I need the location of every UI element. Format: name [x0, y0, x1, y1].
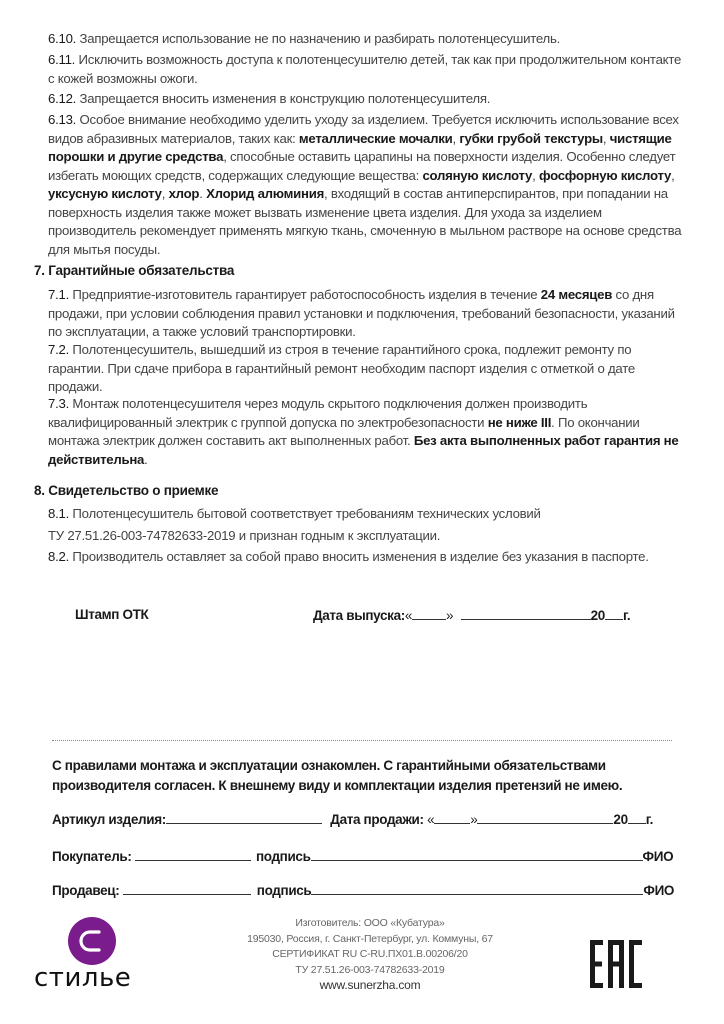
- item-6-13: 6.13. Особое внимание необходимо уделить…: [48, 111, 688, 259]
- item-number: 8.1.: [48, 506, 69, 521]
- item-7-1: 7.1. Предприятие-изготовитель гарантируе…: [48, 286, 688, 342]
- item-text: Производитель оставляет за собой право в…: [72, 549, 648, 564]
- item-number: 7.1.: [48, 287, 69, 302]
- section-title-warranty: 7. Гарантийные обязательства: [34, 263, 234, 278]
- buyer-label: Покупатель:: [52, 849, 132, 864]
- website-link[interactable]: www.sunerzha.com: [215, 978, 525, 994]
- seller-label: Продавец:: [52, 883, 119, 898]
- item-8-1: 8.1. Полотенцесушитель бытовой соответст…: [48, 505, 688, 524]
- eac-mark-icon: [590, 940, 642, 988]
- release-date-label: Дата выпуска:: [313, 608, 405, 623]
- item-8-1-line2: ТУ 27.51.26-003-74782633-2019 и признан …: [48, 527, 688, 546]
- passport-page: 6.10. Запрещается использование не по на…: [0, 0, 724, 1024]
- item-text: Запрещается использование не по назначен…: [80, 31, 560, 46]
- item-6-12: 6.12. Запрещается вносить изменения в ко…: [48, 90, 688, 109]
- acknowledgement-text: С правилами монтажа и эксплуатации ознак…: [52, 756, 692, 796]
- item-text: Особое внимание необходимо уделить уходу…: [48, 112, 681, 257]
- buyer-signature-label: подпись: [256, 849, 311, 864]
- section-title-acceptance: 8. Свидетельство о приемке: [34, 483, 218, 498]
- item-7-2: 7.2. Полотенцесушитель, вышедший из стро…: [48, 341, 688, 397]
- release-month-field[interactable]: [461, 607, 591, 620]
- certificate-number: СЕРТИФИКАТ RU C-RU.ПХ01.B.00206/20: [215, 947, 525, 963]
- buyer-name-label: ФИО: [643, 849, 674, 864]
- brand-logo: стильe: [30, 915, 160, 995]
- brand-name: стильe: [34, 963, 131, 993]
- item-number: 6.10.: [48, 31, 76, 46]
- seller-row: Продавец: подписьФИО: [52, 882, 674, 898]
- item-text: Запрещается вносить изменения в конструк…: [80, 91, 491, 106]
- sale-day-field[interactable]: [434, 811, 470, 824]
- item-8-2: 8.2. Производитель оставляет за собой пр…: [48, 548, 688, 567]
- buyer-signature-field[interactable]: [135, 848, 251, 861]
- manufacturer-name: Изготовитель: ООО «Кубатура»: [215, 916, 525, 932]
- release-year-field[interactable]: [605, 607, 623, 620]
- buyer-name-field[interactable]: [311, 848, 643, 861]
- c-circle-logo-icon: [68, 917, 116, 965]
- item-6-11: 6.11. Исключить возможность доступа к по…: [48, 51, 688, 88]
- article-label: Артикул изделия:: [52, 812, 166, 827]
- seller-signature-field[interactable]: [123, 882, 251, 895]
- release-day-field[interactable]: [412, 607, 446, 620]
- buyer-row: Покупатель: подписьФИО: [52, 848, 673, 864]
- manufacturer-info: Изготовитель: ООО «Кубатура» 195030, Рос…: [215, 916, 525, 994]
- item-number: 7.3.: [48, 396, 69, 411]
- sale-date-label: Дата продажи:: [330, 812, 423, 827]
- cut-line: [52, 740, 672, 741]
- item-6-10: 6.10. Запрещается использование не по на…: [48, 30, 688, 49]
- tu-number: ТУ 27.51.26-003-74782633-2019: [215, 963, 525, 979]
- item-number: 6.11.: [48, 52, 75, 67]
- seller-name-field[interactable]: [311, 882, 643, 895]
- stamp-label: Штамп ОТК: [75, 607, 148, 622]
- article-field[interactable]: [166, 811, 322, 824]
- item-number: 8.2.: [48, 549, 69, 564]
- item-text: Полотенцесушитель, вышедший из строя в т…: [48, 342, 635, 394]
- seller-name-label: ФИО: [643, 883, 674, 898]
- item-text: Полотенцесушитель бытовой соответствует …: [72, 506, 540, 521]
- item-text: Предприятие-изготовитель гарантирует раб…: [48, 287, 675, 339]
- seller-signature-label: подпись: [257, 883, 312, 898]
- item-text: Монтаж полотенцесушителя через модуль ск…: [48, 396, 679, 467]
- article-row: Артикул изделия: Дата продажи: «»20г.: [52, 811, 653, 827]
- item-number: 6.12.: [48, 91, 76, 106]
- sale-year-field[interactable]: [628, 811, 646, 824]
- sale-month-field[interactable]: [477, 811, 613, 824]
- manufacturer-address: 195030, Россия, г. Санкт-Петербург, ул. …: [215, 932, 525, 948]
- release-date-row: Дата выпуска:«» 20г.: [313, 607, 630, 623]
- item-number: 7.2.: [48, 342, 69, 357]
- item-number: 6.13.: [48, 112, 76, 127]
- item-text: Исключить возможность доступа к полотенц…: [48, 52, 681, 86]
- item-7-3: 7.3. Монтаж полотенцесушителя через моду…: [48, 395, 688, 469]
